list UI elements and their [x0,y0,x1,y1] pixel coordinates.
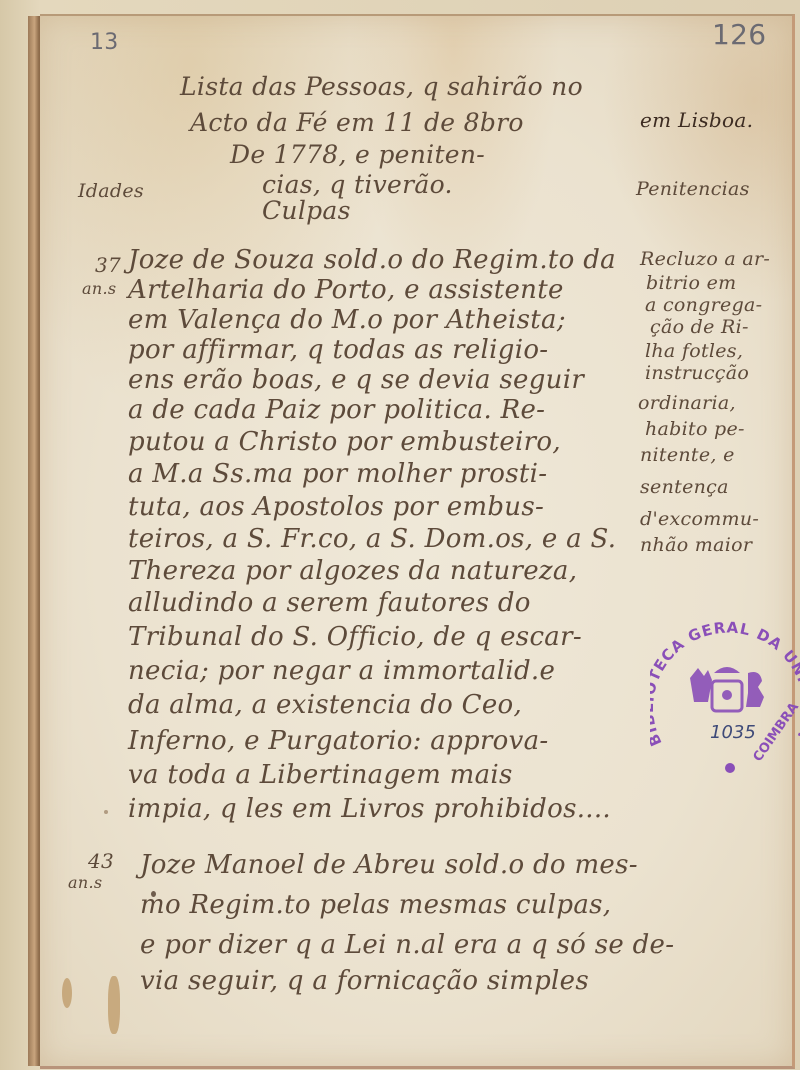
culpa-line: por affirmar, q todas as religio- [128,335,548,365]
culpa-line: Thereza por algozes da natureza, [128,556,577,586]
penitencia-line: ção de Ri- [650,316,749,338]
ink-stain [108,976,120,1034]
culpa-line: alludindo a serem fautores do [128,588,531,618]
entry-2-age: 43 [88,852,114,870]
penitencia-line: d'excommu- [640,508,759,530]
culpa-line: Tribunal do S. Officio, de q escar- [128,622,582,652]
culpa-line: a M.a Ss.ma por molher prosti- [128,459,547,489]
ink-stain [62,978,72,1008]
folio-number-right: 126 [712,18,766,51]
stamp-text-bottom: COIMBRA [750,700,800,765]
penitencia-line: a congrega- [645,294,762,316]
stamp-flower-icon [725,763,735,773]
penitencia-line: habito pe- [645,418,745,440]
culpa-line: impia, q les em Livros prohibidos.... [128,794,611,824]
entry-2-age-unit: an.s [68,874,102,892]
culpa-line: Artelharia do Porto, e assistente [128,275,564,305]
header-culpas: Culpas [262,196,351,225]
culpa-line: da alma, a existencia do Ceo, [128,690,522,720]
culpa-line: putou a Christo por embusteiro, [128,427,561,457]
penitencia-line: nitente, e [640,444,735,466]
title-line-3: De 1778, e peniten- [230,140,485,169]
culpa-line: teiros, a S. Fr.co, a S. Dom.os, e a S. [128,524,616,554]
title-addition: em Lisboa. [640,108,753,132]
culpa-line: Joze de Souza sold.o do Regim.to da [128,245,616,275]
penitencia-line: Recluzo a ar- [640,248,770,270]
coat-of-arms-icon [690,667,764,711]
penitencia-line: lha fotles, [645,340,743,362]
penitencia-line: instrucção [645,362,749,384]
culpa-line: Inferno, e Purgatorio: approva- [128,726,549,756]
entry-1-age: 37 [95,256,121,274]
title-line-2: Acto da Fé em 11 de 8bro [190,108,524,137]
header-penitencias: Penitencias [636,178,750,200]
title-line-4: cias, q tiverão. [262,170,453,199]
penitencia-line: bitrio em [646,272,736,294]
penitencia-line: nhão maior [640,534,752,556]
culpa-line: tuta, aos Apostolos por embus- [128,492,544,522]
ink-spot [104,810,108,814]
culpa-line: Joze Manoel de Abreu sold.o do mes- [140,850,638,880]
culpa-line: em Valença do M.o por Atheista; [128,305,566,335]
title-line-1: Lista das Pessoas, q sahirão no [180,72,583,101]
entry-1-age-unit: an.s [82,280,116,298]
culpa-line: va toda a Libertinagem mais [128,760,513,790]
culpa-line: e por dizer q a Lei n.al era a q só se d… [140,930,674,960]
folio-number-left: 13 [90,30,119,55]
stamp-number: 1035 [710,722,756,743]
penitencia-line: sentença [640,476,729,498]
library-stamp: BIBLIOTECA GERAL DA UNIVERSIDADE 1035 CO… [650,603,800,788]
culpa-line: ens erão boas, e q se devia seguir [128,365,584,395]
culpa-line: a de cada Paiz por politica. Re- [128,395,545,425]
culpa-line: mo Regim.to pelas mesmas culpas, [140,890,611,920]
ink-spot [151,891,156,897]
header-ages: Idades [78,180,144,202]
culpa-line: via seguir, q a fornicação simples [140,966,589,996]
penitencia-line: ordinaria, [638,392,736,414]
culpa-line: necia; por negar a immortalid.e [128,656,555,686]
